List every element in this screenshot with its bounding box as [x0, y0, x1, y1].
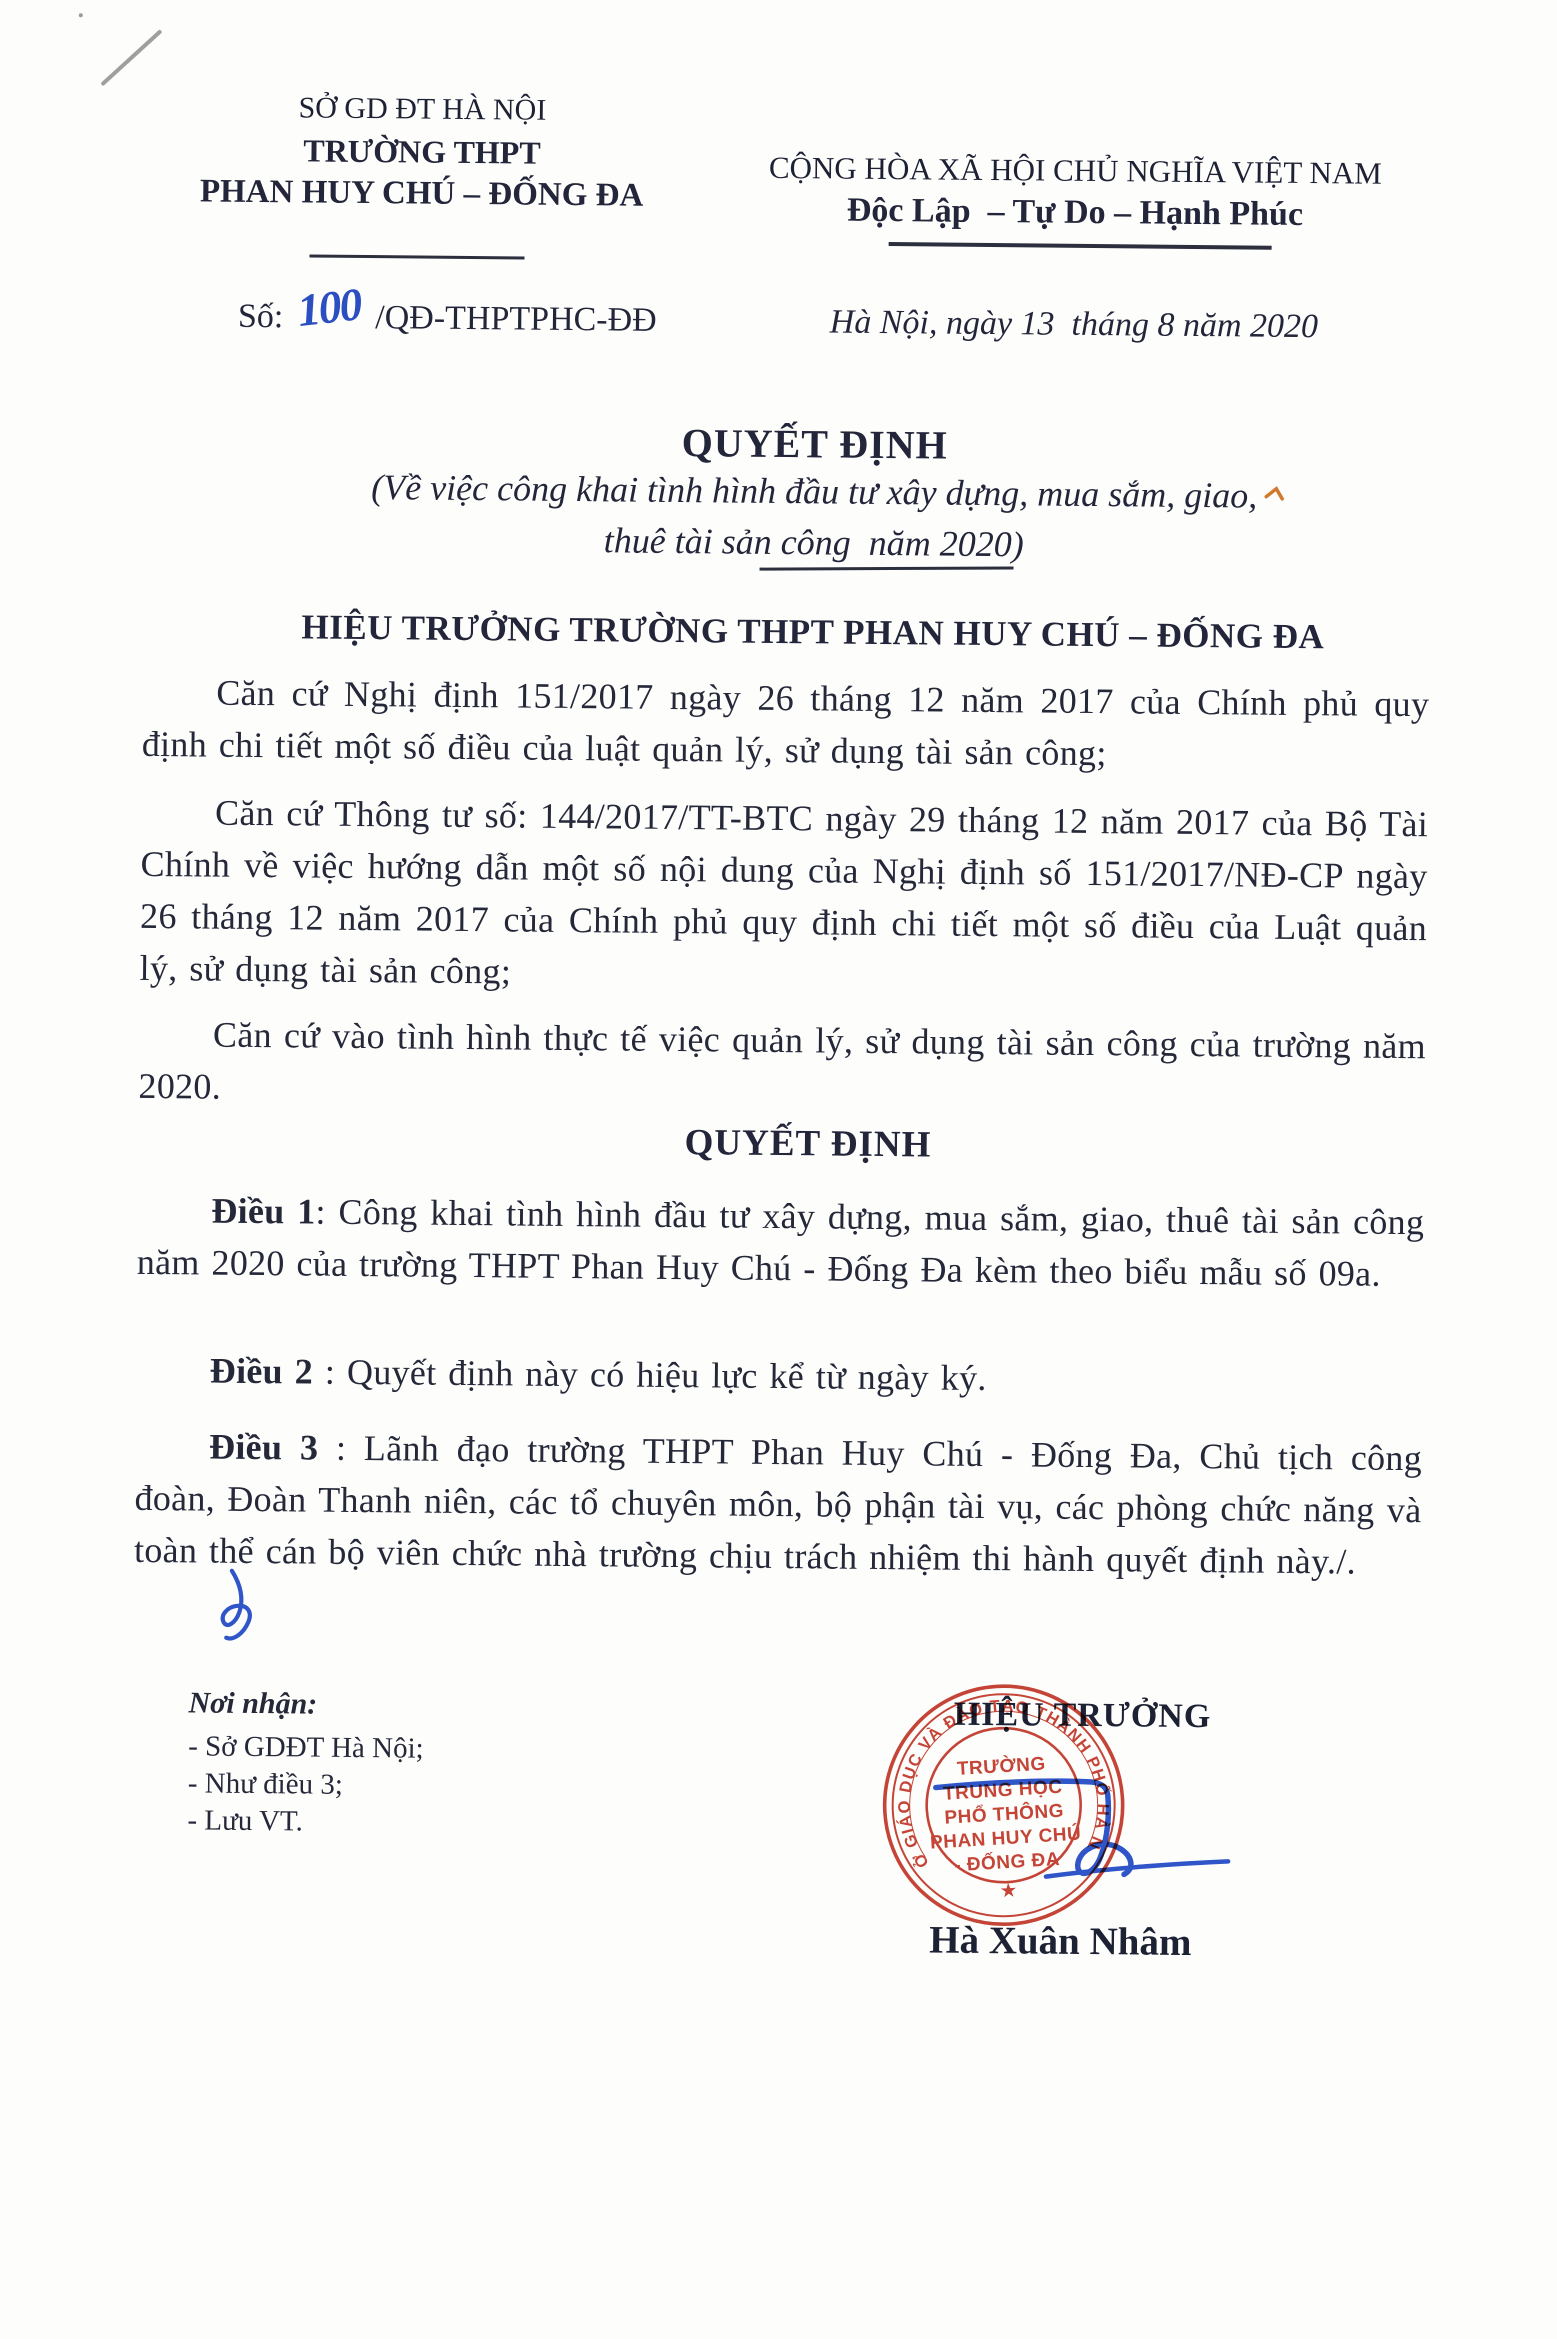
stamp-center-line: TRƯỜNG [956, 1753, 1046, 1780]
decision-heading: QUYẾT ĐỊNH [138, 1116, 1478, 1172]
recipient-item: - Như điều 3; [188, 1767, 343, 1801]
issuing-agency-block: SỞ GD ĐT HÀ NỘI TRƯỜNG THPT PHAN HUY CHÚ… [199, 90, 645, 214]
title-subtitle-line1: (Về việc công khai tình hình đầu tư xây … [144, 464, 1484, 519]
recital-paragraph: Căn cứ vào tình hình thực tế việc quản l… [138, 1008, 1426, 1124]
national-header-block: CỘNG HÒA XÃ HỘI CHỦ NGHĨA VIỆT NAM Độc L… [755, 150, 1396, 235]
school-name-underline [309, 254, 524, 259]
stamp-center-line: TRUNG HỌC [942, 1777, 1063, 1805]
scanned-decision-document: SỞ GD ĐT HÀ NỘI TRƯỜNG THPT PHAN HUY CHÚ… [0, 0, 1557, 2339]
title-subtitle-line2: thuê tài sản công năm 2020) [144, 515, 1484, 570]
signer-name: Hà Xuân Nhâm [925, 1917, 1195, 1965]
official-red-stamp: SỞ GIÁO DỤC VÀ ĐÀO TẠO THÀNH PHỐ HÀ NỘI … [875, 1677, 1131, 1933]
document-number-line: Số: 100 /QĐ-THPTPHC-ĐĐ [238, 285, 657, 342]
issuer-heading: HIỆU TRƯỞNG TRƯỜNG THPT PHAN HUY CHÚ – Đ… [143, 606, 1483, 659]
recital-paragraph: Căn cứ Nghị định 151/2017 ngày 26 tháng … [142, 666, 1430, 782]
pencil-mark [78, 13, 160, 84]
recipient-item: - Sở GDĐT Hà Nội; [188, 1730, 424, 1765]
handwritten-initial [223, 1571, 251, 1639]
number-label: Số: [238, 298, 284, 335]
handwritten-number: 100 [289, 277, 369, 338]
article-3-label: Điều 3 [209, 1427, 319, 1468]
recipient-item: - Lưu VT. [187, 1804, 303, 1838]
national-motto-line2: Độc Lập – Tự Do – Hạnh Phúc [755, 191, 1395, 235]
school-name-line2: PHAN HUY CHÚ – ĐỐNG ĐA [199, 173, 644, 214]
stamp-center-line: - ĐỐNG ĐA [954, 1848, 1061, 1876]
recipients-heading: Nơi nhận: [188, 1686, 317, 1721]
article-1-separator: : [315, 1192, 338, 1232]
title-divider [760, 566, 1014, 570]
article-2-separator: : [313, 1352, 347, 1392]
document-title: QUYẾT ĐỊNH [145, 414, 1485, 474]
article-2: Điều 2 : Quyết định này có hiệu lực kể t… [136, 1344, 1423, 1408]
motto-underline [889, 242, 1272, 250]
school-name-line1: TRƯỜNG THPT [199, 131, 644, 172]
department-name: SỞ GD ĐT HÀ NỘI [200, 90, 645, 128]
article-1-label: Điều 1 [211, 1191, 316, 1232]
stamp-center-line: PHỔ THÔNG [944, 1800, 1065, 1829]
article-1: Điều 1: Công khai tình hình đầu tư xây d… [137, 1184, 1425, 1300]
stamp-star-icon: ★ [1000, 1881, 1017, 1901]
article-2-text: Quyết định này có hiệu lực kể từ ngày ký… [347, 1352, 987, 1398]
article-2-label: Điều 2 [210, 1351, 314, 1392]
article-3-separator: : [318, 1428, 364, 1468]
document-content: SỞ GD ĐT HÀ NỘI TRƯỜNG THPT PHAN HUY CHÚ… [0, 0, 1557, 2339]
number-suffix: /QĐ-THPTPHC-ĐĐ [375, 299, 657, 339]
recital-paragraph: Căn cứ Thông tư số: 144/2017/TT-BTC ngày… [139, 786, 1428, 1006]
place-date-line: Hà Nội, ngày 13 tháng 8 năm 2020 [754, 303, 1394, 347]
article-3: Điều 3 : Lãnh đạo trường THPT Phan Huy C… [134, 1420, 1422, 1588]
national-motto-line1: CỘNG HÒA XÃ HỘI CHỦ NGHĨA VIỆT NAM [755, 150, 1395, 192]
